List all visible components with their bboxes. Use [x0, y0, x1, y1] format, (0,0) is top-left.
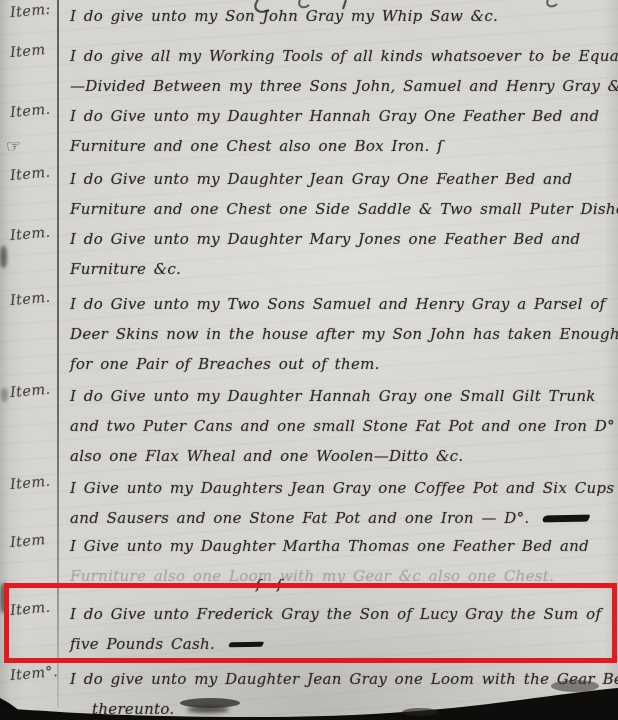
line-text: I do Give unto my Two Sons Samuel and He… — [70, 295, 606, 313]
line-text: and two Puter Cans and one small Stone F… — [70, 417, 615, 435]
line-text: I do Give unto my Daughter Hannah Gray O… — [70, 107, 599, 125]
item-label: Item. — [0, 376, 60, 402]
item-label: Item°. — [0, 659, 60, 685]
text-line: five Pounds Cash. — [70, 629, 618, 659]
text-line: Deer Skins now in the house after my Son… — [70, 319, 618, 349]
will-items-list: Item: I do give unto my Son John Gray my… — [0, 0, 618, 720]
will-item: Item I Give unto my Daughter Martha Thom… — [0, 531, 618, 591]
text-line: I do give all my Working Tools of all ki… — [70, 41, 618, 71]
item-label: Item. — [0, 284, 60, 310]
text-line: thereunto. — [70, 694, 618, 720]
will-item: Item I do give all my Working Tools of a… — [0, 41, 618, 101]
item-label: Item — [0, 526, 60, 552]
item-body: I do Give unto my Daughter Jean Gray One… — [58, 164, 618, 224]
item-body: I do give all my Working Tools of all ki… — [58, 41, 618, 101]
item-label: Item: — [0, 0, 60, 22]
line-text: Deer Skins now in the house after my Son… — [70, 325, 618, 343]
will-item: Item. I do Give unto my Daughter Jean Gr… — [0, 164, 618, 224]
line-text: Furniture &c. — [70, 260, 181, 278]
will-item: Item. I do Give unto my Daughter Hannah … — [0, 381, 618, 471]
item-label: Item. — [0, 96, 60, 122]
text-line: I do Give unto my Two Sons Samuel and He… — [70, 289, 618, 319]
text-line: also one Flax Wheal and one Woolen—Ditto… — [70, 441, 618, 471]
line-text: —Divided Between my three Sons John, Sam… — [70, 77, 618, 95]
item-margin: Item. ☞ — [0, 101, 58, 161]
line-text: for one Pair of Breaches out of them. — [70, 355, 380, 373]
ink-smudge — [187, 706, 229, 713]
ink-dash — [542, 514, 591, 522]
will-item: Item. I do Give unto my Daughter Mary Jo… — [0, 224, 618, 284]
will-item: Item. I do Give unto my Two Sons Samuel … — [0, 289, 618, 379]
line-text: and Sausers and one Stone Fat Pot and on… — [70, 509, 529, 527]
line-text: I Give unto my Daughters Jean Gray one C… — [70, 479, 614, 497]
text-line: and Sausers and one Stone Fat Pot and on… — [70, 503, 618, 533]
insertion-mark: ſ ſ — [256, 578, 288, 593]
text-line: Furniture and one Chest also one Box Iro… — [70, 131, 618, 161]
line-text: five Pounds Cash. — [70, 635, 215, 653]
text-line: I do Give unto Frederick Gray the Son of… — [70, 599, 618, 629]
line-text: Furniture and one Chest one Side Saddle … — [70, 200, 618, 218]
line-text: I Give unto my Daughter Martha Thomas on… — [70, 537, 589, 555]
text-line: I Give unto my Daughter Martha Thomas on… — [70, 531, 618, 561]
line-text: also one Flax Wheal and one Woolen—Ditto… — [70, 447, 463, 465]
line-text: I do Give unto my Daughter Mary Jones on… — [70, 230, 580, 248]
item-body: ſ ſ I do Give unto Frederick Gray the So… — [58, 599, 618, 659]
manicule-icon: ☞ — [5, 136, 22, 157]
item-margin: Item. — [0, 224, 58, 284]
text-line: I do Give unto my Daughter Mary Jones on… — [70, 224, 618, 254]
item-label: Item. — [0, 468, 60, 494]
line-text: I do give all my Working Tools of all ki… — [70, 47, 618, 65]
line-text: I do Give unto my Daughter Jean Gray One… — [70, 170, 572, 188]
will-item: Item. ſ ſ I do Give unto Frederick Gray … — [0, 599, 618, 659]
item-margin: Item — [0, 41, 58, 101]
text-line: I do Give unto my Daughter Hannah Gray O… — [70, 101, 618, 131]
line-text: I do give unto my Son John Gray my Whip … — [70, 7, 498, 25]
line-text: thereunto. — [92, 700, 175, 718]
item-body: I do Give unto my Two Sons Samuel and He… — [58, 289, 618, 379]
item-margin: Item. — [0, 164, 58, 224]
ink-dash — [228, 641, 264, 647]
text-line: I do give unto my Daughter Jean Gray one… — [70, 664, 618, 694]
will-item: Item: I do give unto my Son John Gray my… — [0, 1, 618, 31]
text-line: Furniture &c. — [70, 254, 618, 284]
text-line: I do Give unto my Daughter Jean Gray One… — [70, 164, 618, 194]
text-line: Furniture also one Loom with my Gear &c … — [70, 561, 618, 591]
item-margin: Item°. — [0, 664, 58, 720]
item-body: I do Give unto my Daughter Hannah Gray O… — [58, 101, 618, 161]
item-label: Item. — [0, 219, 60, 245]
text-line: for one Pair of Breaches out of them. — [70, 349, 618, 379]
line-text: Furniture also one Loom with my Gear &c … — [70, 567, 554, 585]
line-text: I do give unto my Daughter Jean Gray one… — [70, 670, 618, 688]
will-item: Item. I Give unto my Daughters Jean Gray… — [0, 473, 618, 533]
item-label: Item. — [0, 159, 60, 185]
will-item: Item°. I do give unto my Daughter Jean G… — [0, 664, 618, 720]
item-label: Item — [0, 36, 60, 62]
line-text: I do Give unto Frederick Gray the Son of… — [70, 605, 601, 623]
text-line: —Divided Between my three Sons John, Sam… — [70, 71, 618, 101]
text-line: I Give unto my Daughters Jean Gray one C… — [70, 473, 618, 503]
item-margin: Item. — [0, 599, 58, 659]
item-margin: Item. — [0, 381, 58, 471]
item-body: I do give unto my Daughter Jean Gray one… — [58, 664, 618, 720]
item-body: I Give unto my Daughters Jean Gray one C… — [58, 473, 618, 533]
item-body: I do give unto my Son John Gray my Whip … — [58, 1, 618, 31]
will-item: Item. ☞ I do Give unto my Daughter Hanna… — [0, 101, 618, 161]
item-body: I Give unto my Daughter Martha Thomas on… — [58, 531, 618, 591]
item-margin: Item. — [0, 473, 58, 533]
item-body: I do Give unto my Daughter Mary Jones on… — [58, 224, 618, 284]
item-margin: Item. — [0, 289, 58, 379]
item-label: Item. — [0, 594, 60, 620]
item-margin: Item — [0, 531, 58, 591]
text-line: and two Puter Cans and one small Stone F… — [70, 411, 618, 441]
line-text: I do Give unto my Daughter Hannah Gray o… — [70, 387, 596, 405]
item-margin: Item: — [0, 1, 58, 31]
text-line: Furniture and one Chest one Side Saddle … — [70, 194, 618, 224]
text-line: I do Give unto my Daughter Hannah Gray o… — [70, 381, 618, 411]
text-line: I do give unto my Son John Gray my Whip … — [70, 1, 618, 31]
document-page: Item: I do give unto my Son John Gray my… — [0, 0, 618, 720]
item-body: I do Give unto my Daughter Hannah Gray o… — [58, 381, 618, 471]
line-text: Furniture and one Chest also one Box Iro… — [70, 137, 443, 155]
